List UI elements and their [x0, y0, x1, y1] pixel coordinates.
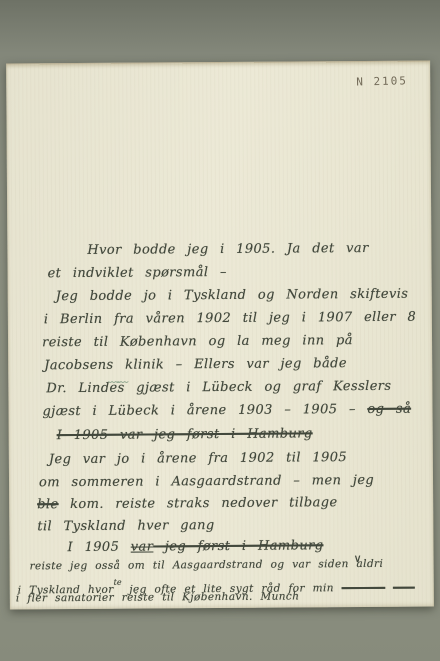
manuscript-line: Jeg var jo i årene fra 1902 til 1905	[49, 449, 347, 469]
handwritten-text: Jeg bodde jo i Tyskland og Norden skifte…	[56, 287, 409, 304]
struck-text: og så	[367, 402, 411, 417]
manuscript-line: et indviklet spørsmål –	[48, 264, 227, 283]
photo-background: N 2105 ﹏﹏ ∨ Hvor bodde jeg i 1905. Ja de…	[0, 0, 440, 661]
manuscript-page: N 2105 ﹏﹏ ∨ Hvor bodde jeg i 1905. Ja de…	[6, 61, 434, 610]
manuscript-line: i fler sanatorier reiste til Kjøbenhavn.…	[16, 589, 300, 606]
handwritten-text: i Berlin fra våren 1902 til jeg i 1907 e…	[44, 310, 416, 328]
manuscript-line: Dr. Lindes gjæst i Lübeck og graf Kessle…	[46, 378, 391, 398]
handwritten-text: I 1905	[67, 540, 130, 555]
manuscript-line: til Tyskland hver gang	[37, 517, 214, 536]
struck-text: ————	[342, 582, 386, 594]
handwritten-text: i fler sanatorier reiste til Kjøbenhavn.…	[16, 590, 300, 604]
handwritten-text: et indviklet spørsmål –	[48, 265, 227, 281]
struck-text: ble	[37, 497, 58, 512]
manuscript-line: i Berlin fra våren 1902 til jeg i 1907 e…	[44, 309, 416, 330]
handwritten-text: Dr. Lindes gjæst i Lübeck og graf Kessle…	[46, 379, 391, 396]
manuscript-line: gjæst i Lübeck i årene 1903 – 1905 – og …	[42, 401, 411, 422]
manuscript-line: Jacobsens klinik – Ellers var jeg både	[44, 355, 347, 375]
handwritten-text: reiste jeg osså om til Aasgaardstrand og…	[30, 558, 384, 572]
manuscript-line: ble kom. reiste straks nedover tilbage	[37, 494, 337, 514]
handwritten-text: om sommeren i Aasgaardstrand – men jeg	[39, 473, 374, 490]
handwritten-text: Jacobsens klinik – Ellers var jeg både	[44, 356, 347, 373]
manuscript-line: reiste jeg osså om til Aasgaardstrand og…	[30, 557, 384, 574]
handwritten-text: reiste til København og la meg inn på	[42, 333, 353, 350]
manuscript-text: ﹏﹏ ∨ Hvor bodde jeg i 1905. Ja det varet…	[6, 62, 434, 610]
handwritten-text: kom. reiste straks nedover tilbage	[59, 495, 338, 512]
handwritten-text: gjæst i Lübeck i årene 1903 – 1905 –	[42, 402, 367, 419]
manuscript-line: I 1905 var jeg først i Hamburg	[57, 425, 313, 445]
manuscript-line: reiste til København og la meg inn på	[42, 332, 353, 352]
struck-text: ——	[393, 582, 415, 594]
manuscript-line: om sommeren i Aasgaardstrand – men jeg	[39, 472, 374, 492]
struck-text: I 1905 var jeg først i Hamburg	[57, 426, 313, 443]
handwritten-text: Hvor bodde jeg i 1905. Ja det var	[87, 241, 368, 258]
struck-text: var	[131, 539, 154, 554]
handwritten-text: te	[114, 578, 122, 587]
handwritten-text: Jeg var jo i årene fra 1902 til 1905	[49, 450, 347, 467]
manuscript-line: Hvor bodde jeg i 1905. Ja det var	[87, 240, 368, 260]
struck-text: jeg først i Hamburg	[153, 538, 323, 554]
handwritten-text: til Tyskland hver gang	[37, 518, 214, 534]
manuscript-line: I 1905 var jeg først i Hamburg	[67, 537, 323, 557]
manuscript-line: Jeg bodde jo i Tyskland og Norden skifte…	[56, 286, 409, 306]
